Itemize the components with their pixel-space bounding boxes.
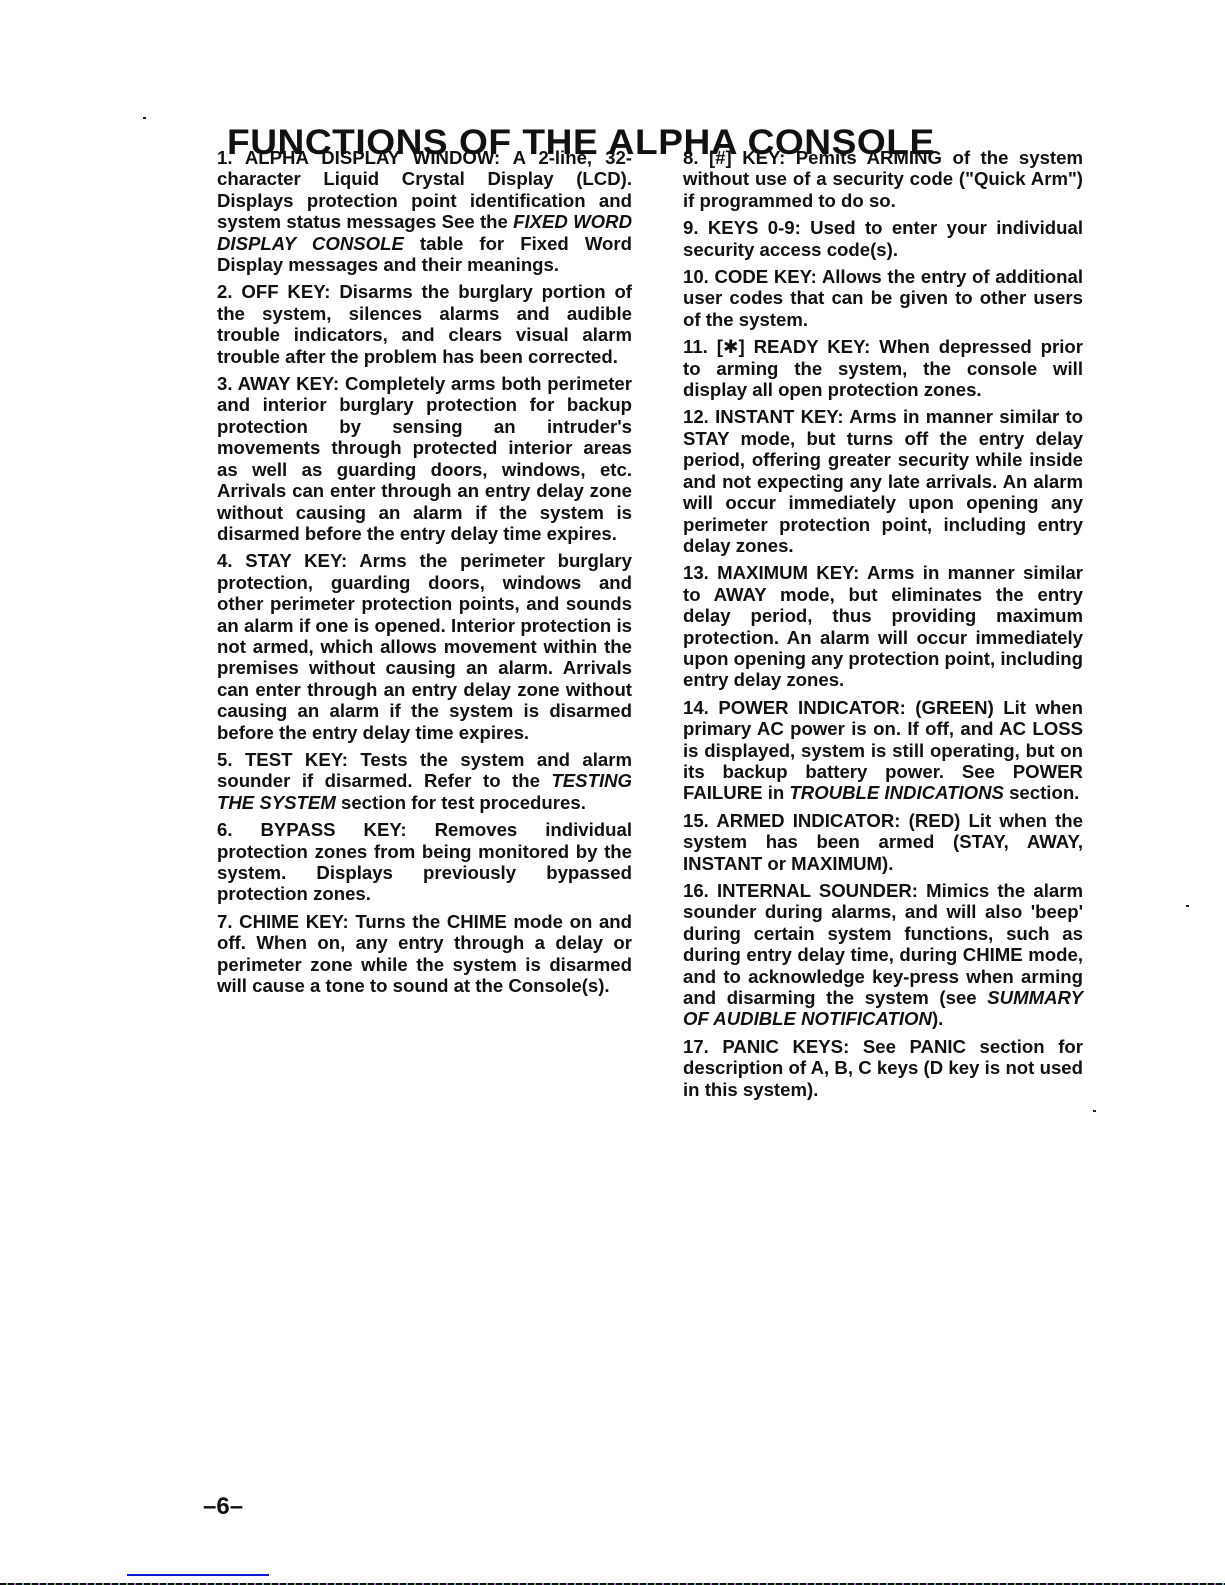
item-label: 9. KEYS 0-9: (683, 217, 801, 238)
item-internal-sounder: 16. INTERNAL SOUNDER: Mimics the alarm s… (683, 880, 1083, 1030)
item-label: 6. BYPASS KEY: (217, 819, 407, 840)
item-label: 15. ARMED INDICATOR: (683, 810, 900, 831)
item-label: 11. [✱] READY KEY: (683, 336, 870, 357)
item-code-key: 10. CODE KEY: Allows the entry of additi… (683, 266, 1083, 330)
item-ready-key: 11. [✱] READY KEY: When depressed prior … (683, 336, 1083, 400)
item-bypass-key: 6. BYPASS KEY: Removes individual protec… (217, 819, 632, 905)
left-column: 1. ALPHA DISPLAY WINDOW: A 2-line, 32-ch… (217, 147, 632, 1002)
item-armed-indicator: 15. ARMED INDICATOR: (RED) Lit when the … (683, 810, 1083, 874)
item-text: Arms in manner similar to STAY mode, but… (683, 406, 1083, 555)
item-label: 14. POWER INDICATOR: (683, 697, 906, 718)
item-test-key: 5. TEST KEY: Tests the system and alarm … (217, 749, 632, 813)
item-chime-key: 7. CHIME KEY: Turns the CHIME mode on an… (217, 911, 632, 997)
item-label: 4. STAY KEY: (217, 550, 347, 571)
scan-speck (143, 117, 146, 119)
item-label: 10. CODE KEY: (683, 266, 817, 287)
right-column: 8. [#] KEY: Pemits ARMING of the system … (683, 147, 1083, 1106)
item-text: ). (932, 1008, 943, 1029)
item-pound-key: 8. [#] KEY: Pemits ARMING of the system … (683, 147, 1083, 211)
section-reference: TROUBLE INDICATIONS (789, 782, 1004, 803)
item-maximum-key: 13. MAXIMUM KEY: Arms in manner similar … (683, 562, 1083, 690)
item-power-indicator: 14. POWER INDICATOR: (GREEN) Lit when pr… (683, 697, 1083, 804)
item-instant-key: 12. INSTANT KEY: Arms in manner similar … (683, 406, 1083, 556)
item-text: section. (1004, 782, 1079, 803)
item-label: 3. AWAY KEY: (217, 373, 339, 394)
item-off-key: 2. OFF KEY: Disarms the burglary portion… (217, 281, 632, 367)
item-label: 5. TEST KEY: (217, 749, 348, 770)
item-keys-0-9: 9. KEYS 0-9: Used to enter your individu… (683, 217, 1083, 260)
item-label: 8. [#] KEY: (683, 147, 785, 168)
item-label: 2. OFF KEY: (217, 281, 330, 302)
item-label: 13. MAXIMUM KEY: (683, 562, 859, 583)
item-text: section for test procedures. (336, 792, 586, 813)
link-underline (127, 1574, 269, 1576)
item-label: 1. ALPHA DISPLAY WINDOW: (217, 147, 500, 168)
item-text: Completely arms both perimeter and inter… (217, 373, 632, 544)
item-away-key: 3. AWAY KEY: Completely arms both perime… (217, 373, 632, 544)
item-label: 17. PANIC KEYS: (683, 1036, 849, 1057)
item-panic-keys: 17. PANIC KEYS: See PANIC section for de… (683, 1036, 1083, 1100)
item-alpha-display-window: 1. ALPHA DISPLAY WINDOW: A 2-line, 32-ch… (217, 147, 632, 275)
item-text: Arms the perimeter burglary protection, … (217, 550, 632, 742)
scan-speck (1093, 1110, 1096, 1112)
scan-speck (1186, 905, 1189, 907)
item-label: 16. INTERNAL SOUNDER: (683, 880, 918, 901)
page-number: –6– (203, 1493, 243, 1521)
item-stay-key: 4. STAY KEY: Arms the perimeter burglary… (217, 550, 632, 743)
item-label: 7. CHIME KEY: (217, 911, 349, 932)
item-label: 12. INSTANT KEY: (683, 406, 844, 427)
